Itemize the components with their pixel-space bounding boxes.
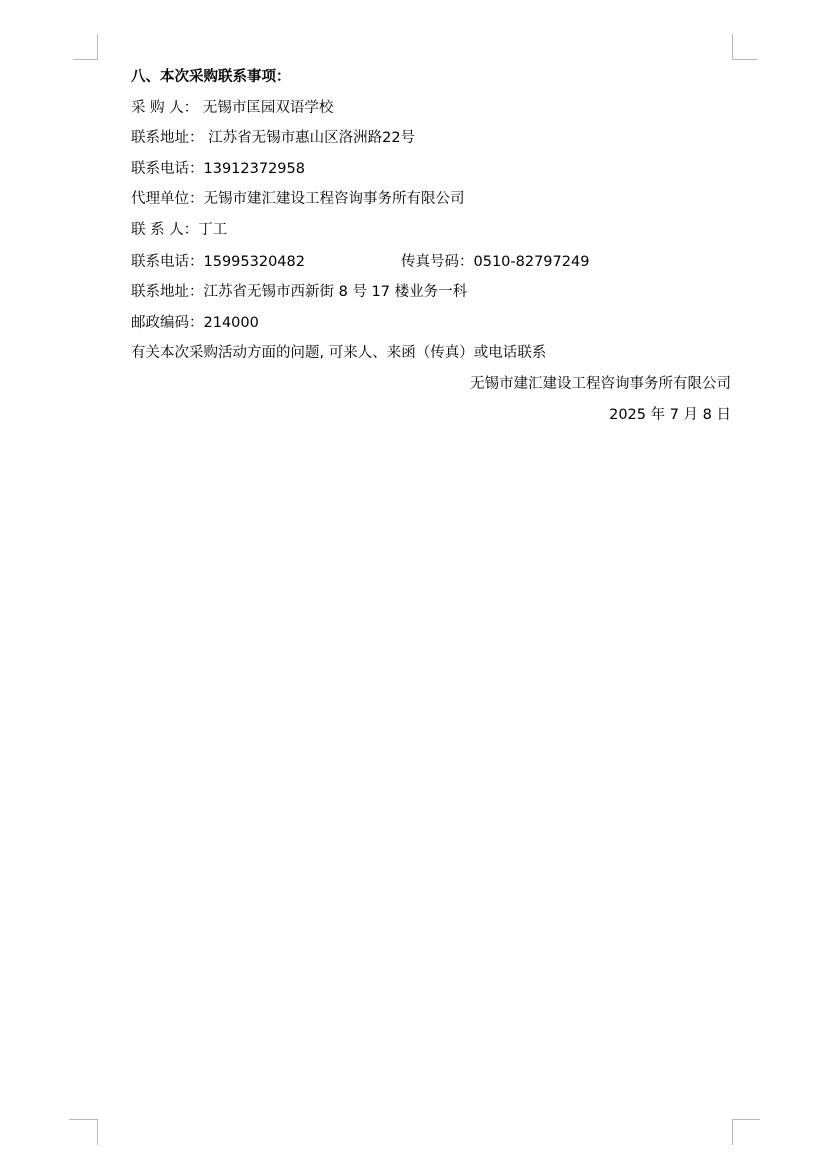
purchaser-address-value: 江苏省无锡市惠山区洛洲路22号 — [204, 130, 416, 146]
contact-person-value: 丁工 — [198, 222, 227, 238]
agency-address-label: 联系地址： — [131, 284, 204, 300]
agency-address-line: 联系地址：江苏省无锡市西新街 8 号 17 楼业务一科 — [131, 283, 467, 301]
agency-line: 代理单位：无锡市建汇建设工程咨询事务所有限公司 — [131, 190, 465, 208]
signature-date: 2025 年 7 月 8 日 — [609, 406, 731, 424]
contact-note: 有关本次采购活动方面的问题, 可来人、来函（传真）或电话联系 — [131, 344, 546, 362]
corner-mark-top-right-h — [732, 59, 758, 60]
purchaser-phone-line: 联系电话：13912372958 — [131, 160, 305, 178]
corner-mark-bottom-right-v — [732, 1119, 733, 1145]
agency-label: 代理单位： — [131, 191, 204, 207]
contact-person-line: 联 系 人：丁工 — [131, 221, 227, 239]
purchaser-line: 采 购 人： 无锡市匡园双语学校 — [131, 99, 333, 117]
fax-value: 0510-82797249 — [474, 254, 590, 270]
agency-value: 无锡市建汇建设工程咨询事务所有限公司 — [204, 191, 465, 207]
corner-mark-bottom-right-h — [732, 1119, 760, 1120]
purchaser-label: 采 购 人： — [131, 100, 198, 116]
contact-person-label: 联 系 人： — [131, 222, 198, 238]
corner-mark-top-left-h — [73, 59, 98, 60]
fax-label: 传真号码： — [401, 254, 474, 270]
agency-address-value: 江苏省无锡市西新街 8 号 17 楼业务一科 — [204, 284, 468, 300]
agency-phone-value: 15995320482 — [204, 254, 305, 270]
purchaser-phone-value: 13912372958 — [204, 161, 305, 177]
postcode-label: 邮政编码： — [131, 315, 204, 331]
postcode-value: 214000 — [204, 315, 259, 331]
fax-line: 传真号码：0510-82797249 — [401, 253, 589, 271]
purchaser-address-label: 联系地址： — [131, 130, 204, 146]
agency-phone-label: 联系电话： — [131, 254, 204, 270]
corner-mark-bottom-left-v — [97, 1119, 98, 1145]
corner-mark-top-right-v — [732, 34, 733, 60]
section-heading: 八、本次采购联系事项： — [131, 68, 291, 86]
purchaser-address-line: 联系地址： 江苏省无锡市惠山区洛洲路22号 — [131, 129, 415, 147]
corner-mark-bottom-left-h — [69, 1119, 98, 1120]
agency-phone-line: 联系电话：15995320482 — [131, 253, 305, 271]
purchaser-phone-label: 联系电话： — [131, 161, 204, 177]
postcode-line: 邮政编码：214000 — [131, 314, 259, 332]
signature-company: 无锡市建汇建设工程咨询事务所有限公司 — [470, 375, 731, 393]
purchaser-value: 无锡市匡园双语学校 — [198, 100, 333, 116]
corner-mark-top-left-v — [97, 34, 98, 60]
